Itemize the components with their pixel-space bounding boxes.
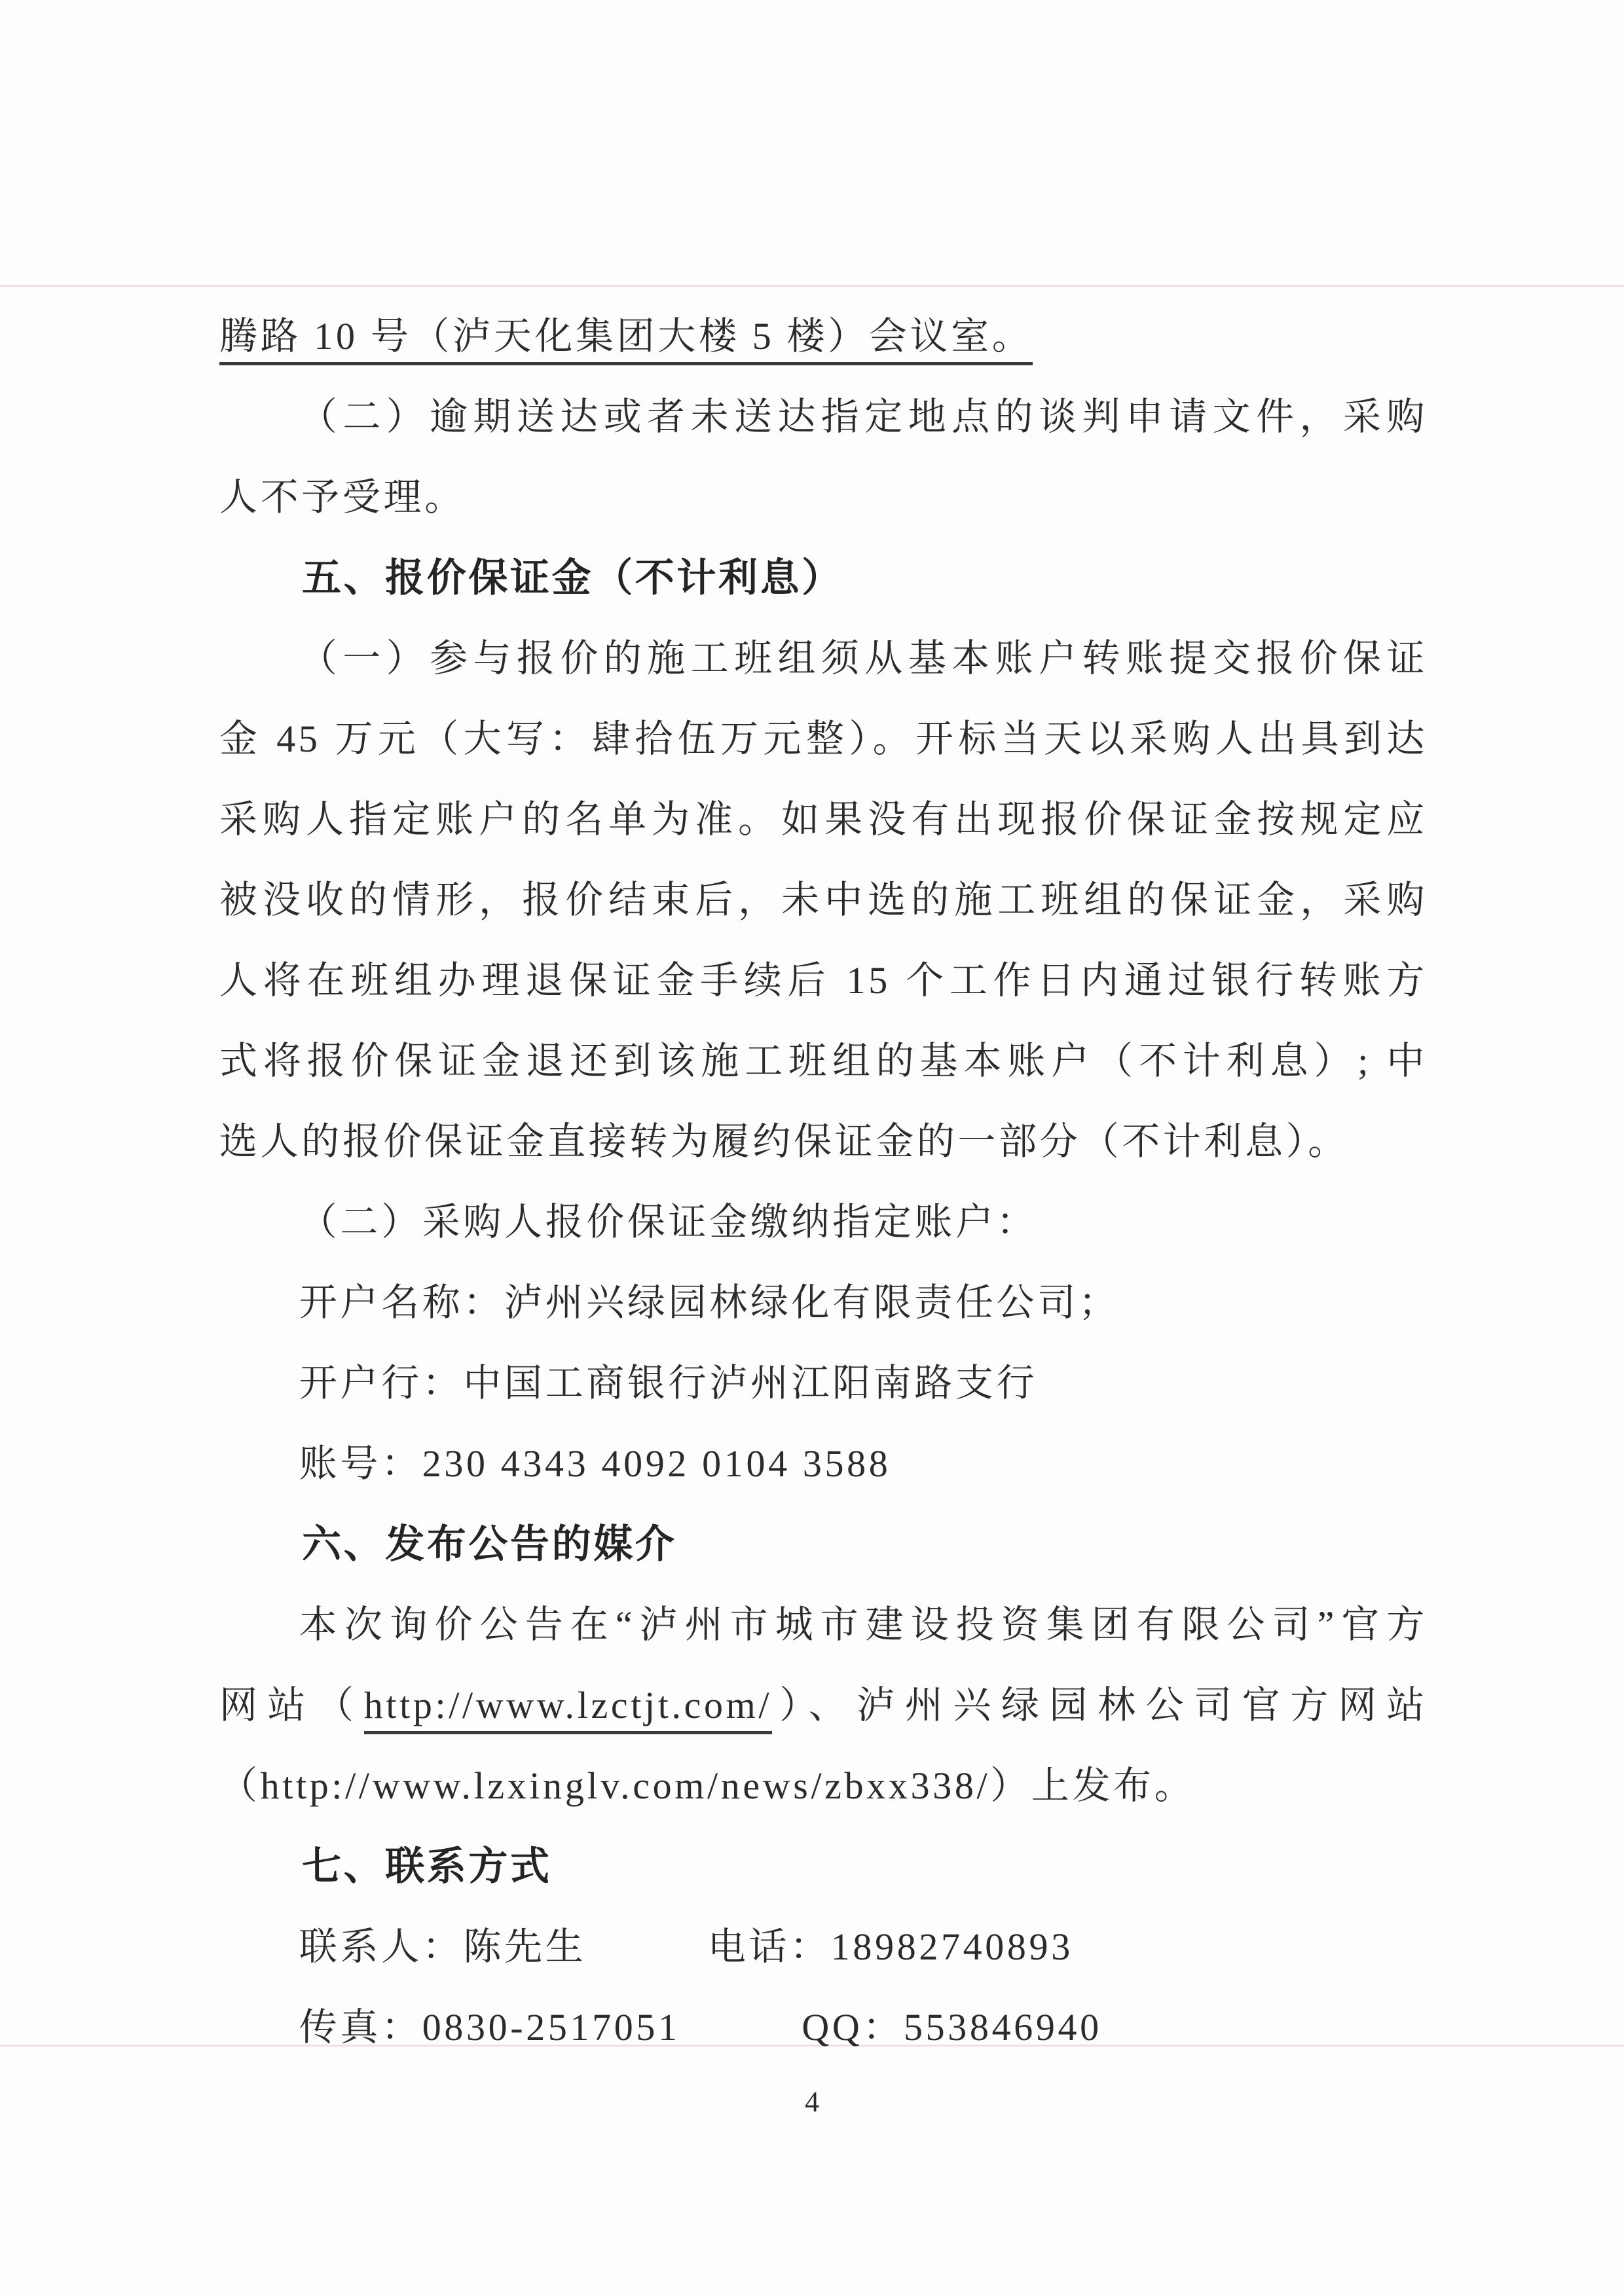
text-segment: 人不予受理。 (219, 476, 466, 519)
section-7-heading: 七、联系方式 (219, 1826, 1428, 1906)
text-segment: 开户行：中国工商银行泸州江阳南路支行 (299, 1362, 1038, 1404)
section-6-heading: 六、发布公告的媒介 (219, 1504, 1428, 1584)
contact-person-line: 联系人：陈先生电话：18982740893 (219, 1906, 1428, 1987)
account-number-line: 账号：230 4343 4092 0104 3588 (219, 1423, 1428, 1504)
para-deposit-line-1: （一）参与报价的施工班组须从基本账户转账提交报价保证 (219, 618, 1428, 699)
para-late-delivery-line-1: （二）逾期送达或者未送达指定地点的谈判申请文件，采购 (219, 376, 1428, 457)
text-segment: （二）逾期送达或者未送达指定地点的谈判申请文件，采购 (299, 395, 1428, 438)
text-segment: 七、联系方式 (302, 1844, 552, 1888)
text-segment: 被没收的情形，报价结束后，未中选的施工班组的保证金，采购 (219, 879, 1428, 921)
text-segment: 五、报价保证金（不计利息） (302, 556, 843, 600)
text-segment: 传真：0830-2517051 (299, 2006, 680, 2049)
document-body: 腾路 10 号（泸天化集团大楼 5 楼）会议室。（二）逾期送达或者未送达指定地点… (219, 296, 1428, 2068)
text-segment: （http://www.lzxinglv.com/news/zbxx338/）上… (219, 1764, 1195, 1807)
para-account-intro-line: （二）采购人报价保证金缴纳指定账户： (219, 1182, 1428, 1262)
para-media-line-1: 本次询价公告在“泸州市城市建设投资集团有限公司”官方 (219, 1584, 1428, 1665)
text-segment: 本次询价公告在“泸州市城市建设投资集团有限公司”官方 (299, 1603, 1428, 1646)
venue-underlined-text: 腾路 10 号（泸天化集团大楼 5 楼）会议室。 (219, 315, 1033, 365)
para-media-line-3: （http://www.lzxinglv.com/news/zbxx338/）上… (219, 1745, 1428, 1826)
para-deposit-line-2: 金 45 万元（大写：肆拾伍万元整）。开标当天以采购人出具到达 (219, 699, 1428, 779)
account-name-line: 开户名称：泸州兴绿园林绿化有限责任公司； (219, 1262, 1428, 1343)
para-media-line-2: 网站（http://www.lzctjt.com/）、泸州兴绿园林公司官方网站 (219, 1665, 1428, 1745)
text-segment: 网站（ (219, 1684, 364, 1726)
text-segment: ）、泸州兴绿园林公司官方网站 (772, 1684, 1428, 1726)
page-number: 4 (0, 2085, 1624, 2119)
text-segment: （一）参与报价的施工班组须从基本账户转账提交报价保证 (299, 637, 1428, 680)
text-segment: 六、发布公告的媒介 (302, 1522, 676, 1566)
text-segment: 账号：230 4343 4092 0104 3588 (299, 1442, 891, 1485)
phone-text: 电话：18982740893 (708, 1925, 1073, 1968)
account-bank-line: 开户行：中国工商银行泸州江阳南路支行 (219, 1343, 1428, 1423)
text-segment: 联系人：陈先生 (299, 1925, 586, 1968)
para-deposit-line-7: 选人的报价保证金直接转为履约保证金的一部分（不计利息）。 (219, 1101, 1428, 1182)
para-late-delivery-line-2: 人不予受理。 (219, 457, 1428, 538)
scan-artifact-line-top (0, 285, 1624, 287)
venue-line: 腾路 10 号（泸天化集团大楼 5 楼）会议室。 (219, 296, 1428, 376)
section-5-heading: 五、报价保证金（不计利息） (219, 538, 1428, 618)
lzctjt-url-underlined: http://www.lzctjt.com/ (364, 1684, 772, 1734)
qq-text: QQ：553846940 (802, 2006, 1101, 2049)
para-deposit-line-6: 式将报价保证金退还到该施工班组的基本账户（不计利息）; 中 (219, 1021, 1428, 1101)
text-segment: （二）采购人报价保证金缴纳指定账户： (299, 1201, 1038, 1243)
document-page: 腾路 10 号（泸天化集团大楼 5 楼）会议室。（二）逾期送达或者未送达指定地点… (0, 0, 1624, 2296)
para-deposit-line-3: 采购人指定账户的名单为准。如果没有出现报价保证金按规定应 (219, 779, 1428, 860)
para-deposit-line-5: 人将在班组办理退保证金手续后 15 个工作日内通过银行转账方 (219, 940, 1428, 1021)
text-segment: 开户名称：泸州兴绿园林绿化有限责任公司； (299, 1281, 1120, 1324)
text-segment: 选人的报价保证金直接转为履约保证金的一部分（不计利息）。 (219, 1120, 1349, 1163)
text-segment: 采购人指定账户的名单为准。如果没有出现报价保证金按规定应 (219, 798, 1428, 841)
para-deposit-line-4: 被没收的情形，报价结束后，未中选的施工班组的保证金，采购 (219, 860, 1428, 940)
text-segment: 式将报价保证金退还到该施工班组的基本账户（不计利息）; 中 (219, 1040, 1428, 1082)
contact-fax-line: 传真：0830-2517051QQ：553846940 (219, 1987, 1428, 2068)
text-segment: 人将在班组办理退保证金手续后 15 个工作日内通过银行转账方 (219, 959, 1428, 1002)
text-segment: 金 45 万元（大写：肆拾伍万元整）。开标当天以采购人出具到达 (219, 718, 1428, 760)
